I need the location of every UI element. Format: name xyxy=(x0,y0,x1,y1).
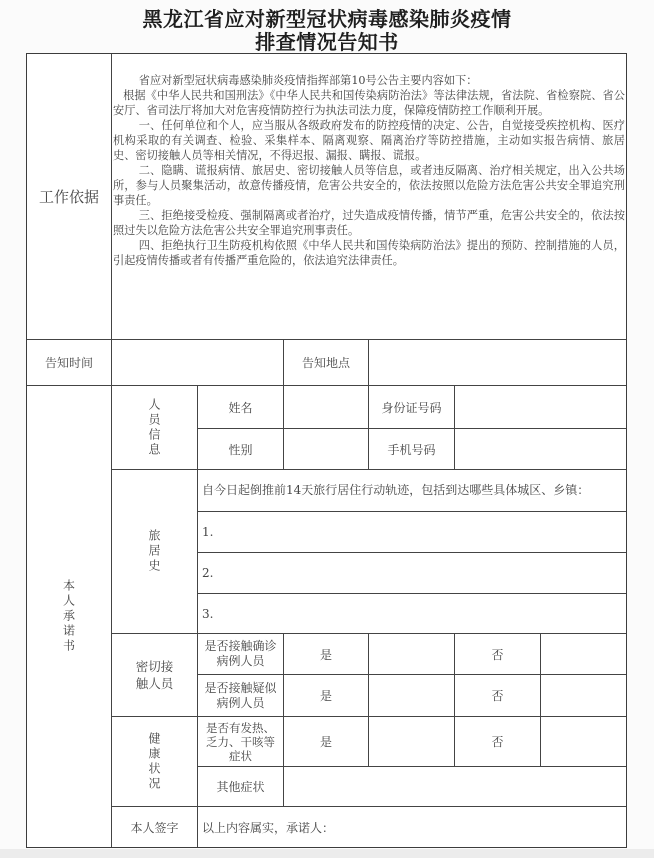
basis-paragraph: 二、隐瞒、谎报病情、旅居史、密切接触人员等信息，或者违反隔离、治疗相关规定，出入… xyxy=(113,163,625,208)
notify-time-label: 告知时间 xyxy=(26,339,112,386)
person-info-label: 人员信息 xyxy=(146,398,163,458)
basis-paragraph: 省应对新型冠状病毒感染肺炎疫情指挥部第10号公告主要内容如下： xyxy=(113,73,625,88)
person-info-label-cell: 人员信息 xyxy=(111,385,198,470)
symptom-yes-field[interactable] xyxy=(368,716,455,767)
name-field[interactable] xyxy=(283,385,369,429)
contact-suspected-yes-field[interactable] xyxy=(368,674,455,717)
symptom-no-label: 否 xyxy=(454,716,541,767)
symptom-no-field[interactable] xyxy=(540,716,627,767)
notify-place-label: 告知地点 xyxy=(283,339,369,386)
work-basis-text: 省应对新型冠状病毒感染肺炎疫情指挥部第10号公告主要内容如下： 根据《中华人民共… xyxy=(113,73,625,268)
id-number-field[interactable] xyxy=(454,385,627,429)
pledge-label-cell: 本人承诺书 xyxy=(26,385,112,848)
phone-field[interactable] xyxy=(454,428,627,470)
pledge-label: 本人承诺书 xyxy=(61,579,78,654)
gender-label: 性别 xyxy=(197,428,284,470)
travel-label-cell: 旅居史 xyxy=(111,469,198,634)
health-label-cell: 健康状况 xyxy=(111,716,198,807)
travel-item-2[interactable]: 2. xyxy=(197,552,627,594)
contact-confirmed-no-label: 否 xyxy=(454,633,541,675)
travel-instruction: 自今日起倒推前14天旅行居住行动轨迹，包括到达哪些具体城区、乡镇： xyxy=(197,469,627,512)
notify-time-field[interactable] xyxy=(111,339,284,386)
travel-item-1[interactable]: 1. xyxy=(197,511,627,553)
contact-suspected-no-label: 否 xyxy=(454,674,541,717)
contact-confirmed-yes-label: 是 xyxy=(283,633,369,675)
close-contact-label-cell: 密切接触人员 xyxy=(111,633,198,717)
page-bottom-edge xyxy=(0,849,654,858)
other-symptoms-field[interactable] xyxy=(283,766,627,807)
basis-paragraph: 一、任何单位和个人，应当服从各级政府发布的防控疫情的决定、公告，自觉接受疾控机构… xyxy=(113,118,625,163)
contact-confirmed-yes-field[interactable] xyxy=(368,633,455,675)
contact-confirmed-no-field[interactable] xyxy=(540,633,627,675)
contact-confirmed-question: 是否接触确诊病例人员 xyxy=(197,633,284,675)
gender-field[interactable] xyxy=(283,428,369,470)
notify-place-field[interactable] xyxy=(368,339,627,386)
contact-suspected-question: 是否接触疑似病例人员 xyxy=(197,674,284,717)
basis-paragraph: 根据《中华人民共和国刑法》《中华人民共和国传染病防治法》等法律法规，省法院、省检… xyxy=(113,88,625,118)
contact-suspected-no-field[interactable] xyxy=(540,674,627,717)
basis-paragraph: 三、拒绝接受检疫、强制隔离或者治疗，过失造成疫情传播，情节严重，危害公共安全的，… xyxy=(113,208,625,238)
travel-label: 旅居史 xyxy=(146,529,163,574)
symptom-yes-label: 是 xyxy=(283,716,369,767)
signature-label: 本人签字 xyxy=(111,806,198,848)
id-number-label: 身份证号码 xyxy=(368,385,455,429)
phone-label: 手机号码 xyxy=(368,428,455,470)
name-label: 姓名 xyxy=(197,385,284,429)
signature-field[interactable]: 以上内容属实，承诺人： xyxy=(197,806,627,848)
document-title-line2: 排查情况告知书 xyxy=(0,26,654,55)
travel-item-3[interactable]: 3. xyxy=(197,593,627,634)
health-label: 健康状况 xyxy=(146,732,163,792)
symptom-question: 是否有发热、乏力、干咳等症状 xyxy=(197,716,284,767)
contact-suspected-yes-label: 是 xyxy=(283,674,369,717)
work-basis-label: 工作依据 xyxy=(26,53,112,340)
close-contact-label: 密切接触人员 xyxy=(134,658,176,692)
basis-paragraph: 四、拒绝执行卫生防疫机构依照《中华人民共和国传染病防治法》提出的预防、控制措施的… xyxy=(113,238,625,268)
other-symptoms-label: 其他症状 xyxy=(197,766,284,807)
